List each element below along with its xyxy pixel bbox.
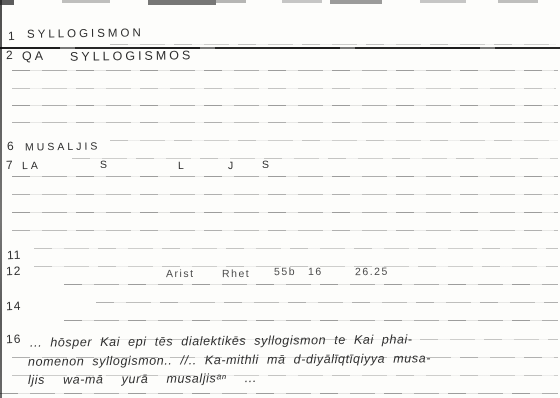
entry-headword-greek: SYLLOGISMON xyxy=(27,27,144,40)
margin-number-1: 1 xyxy=(8,29,16,43)
citation-page: 55b xyxy=(274,266,296,278)
citation-number: 26.25 xyxy=(355,266,389,278)
citation-author: Arist xyxy=(166,268,195,280)
ruled-line xyxy=(12,194,558,195)
entry-headword-variant: SYLLOGISMOS xyxy=(70,48,193,64)
margin-number-14: 14 xyxy=(6,299,22,314)
ruled-line xyxy=(12,88,556,89)
ruled-line xyxy=(12,212,558,213)
entry-letter-s2: S xyxy=(262,159,272,171)
margin-number-6: 6 xyxy=(7,139,15,153)
quote-line-3: ljis wa-mā yurā musaljisᵃⁿ ... xyxy=(28,371,257,387)
scan-artifact-top xyxy=(0,0,560,6)
entry-letter-la: LA xyxy=(22,160,41,172)
quote-line-1: ... hōsper Kai epi tēs dialektikēs syllo… xyxy=(30,332,413,349)
ruled-line xyxy=(64,284,558,285)
ruled-line xyxy=(0,393,558,394)
citation-work: Rhet xyxy=(222,268,250,280)
margin-number-12: 12 xyxy=(6,264,22,279)
index-card: 1 2 6 7 11 12 14 16 SYLLOGISMON QA SYLLO… xyxy=(0,0,560,398)
entry-letter-j: J xyxy=(228,160,236,172)
entry-classmark: QA xyxy=(22,49,46,63)
ruled-line xyxy=(12,230,558,231)
ruled-line xyxy=(72,158,558,159)
ruled-line xyxy=(110,140,558,141)
margin-number-16: 16 xyxy=(6,332,22,347)
entry-letter-l: L xyxy=(178,160,187,172)
ruled-line xyxy=(12,176,558,177)
ruled-line xyxy=(64,320,558,321)
margin-number-11: 11 xyxy=(7,248,22,262)
quote-line-2: nomenon syllogismon.. //.. Ka-mithli mā … xyxy=(28,351,431,369)
ruled-line xyxy=(12,105,558,106)
ruled-line xyxy=(96,302,558,303)
margin-number-7: 7 xyxy=(6,158,14,172)
entry-letter-s1: S xyxy=(100,159,110,171)
ruled-line xyxy=(12,70,558,71)
ruled-line xyxy=(34,248,558,249)
scan-artifact-left xyxy=(0,0,2,398)
citation-line: 16 xyxy=(308,266,323,278)
ruled-line xyxy=(12,122,558,123)
margin-number-2: 2 xyxy=(6,48,14,62)
entry-arabic-term: MUSALJIS xyxy=(25,141,101,154)
ruled-line xyxy=(110,44,556,45)
